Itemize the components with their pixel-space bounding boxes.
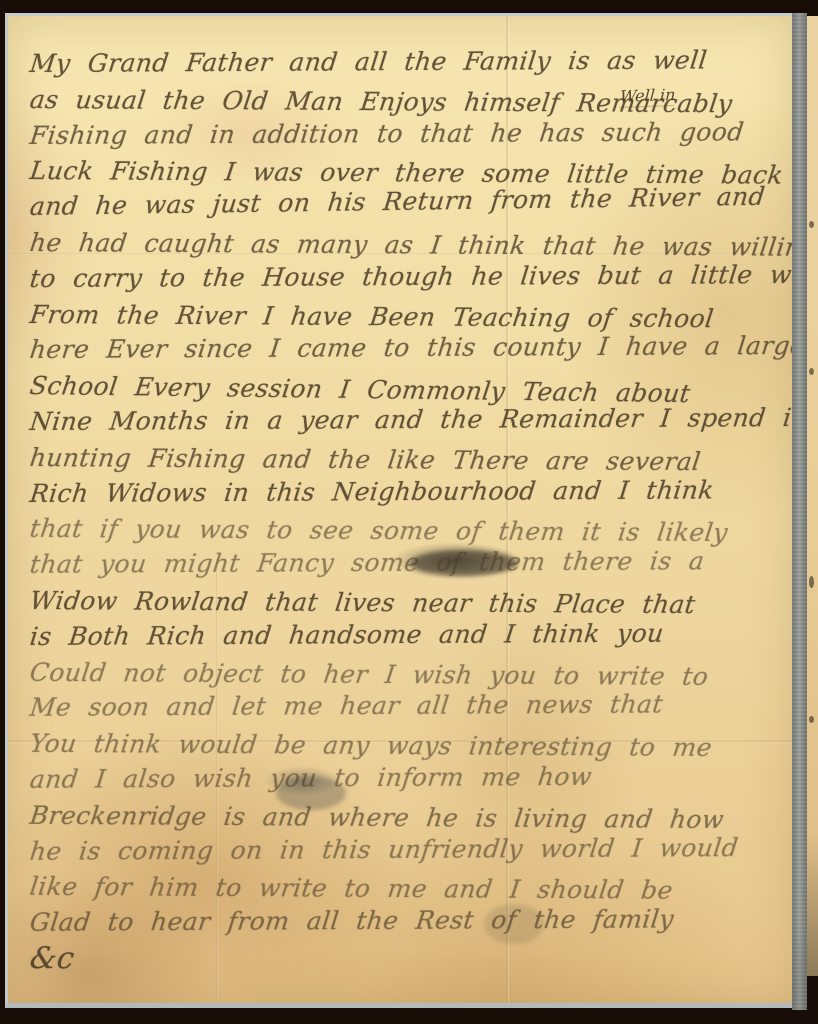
letter-closing-etc: &c <box>28 941 789 981</box>
letter-line: Fishing and in addition to that he has s… <box>28 114 790 154</box>
letter-text: My Grand Father and all the Family is as… <box>30 46 787 977</box>
letter-line: Me soon and let me hear all the news tha… <box>28 686 790 726</box>
letter-line: and I also wish you to inform me how <box>28 758 790 798</box>
ink-speck <box>809 716 814 723</box>
adjacent-page-edge <box>807 16 818 976</box>
letter-line: to carry to the House though he lives bu… <box>28 257 790 297</box>
letter-line: Rich Widows in this Neighbourhood and I … <box>28 472 790 512</box>
ink-speck <box>809 576 814 588</box>
letter-line: is Both Rich and handsome and I think yo… <box>28 615 790 655</box>
letter-line: here Ever since I came to this county I … <box>28 328 790 368</box>
letter-line: Nine Months in a year and the Remainder … <box>28 400 790 440</box>
scanned-letter: My Grand Father and all the Family is as… <box>0 0 818 1024</box>
letter-line: he is coming on in this unfriendly world… <box>28 830 790 870</box>
letter-line: that you might Fancy some of them there … <box>28 543 790 583</box>
ink-speck <box>809 368 814 375</box>
ink-speck <box>809 221 814 228</box>
letter-line: Glad to hear from all the Rest of the fa… <box>28 901 790 941</box>
letter-page: My Grand Father and all the Family is as… <box>5 13 793 1008</box>
binding-strip <box>792 13 807 1010</box>
letter-line: My Grand Father and all the Family is as… <box>28 42 790 82</box>
interlinear-insertion: Well in <box>619 85 676 108</box>
